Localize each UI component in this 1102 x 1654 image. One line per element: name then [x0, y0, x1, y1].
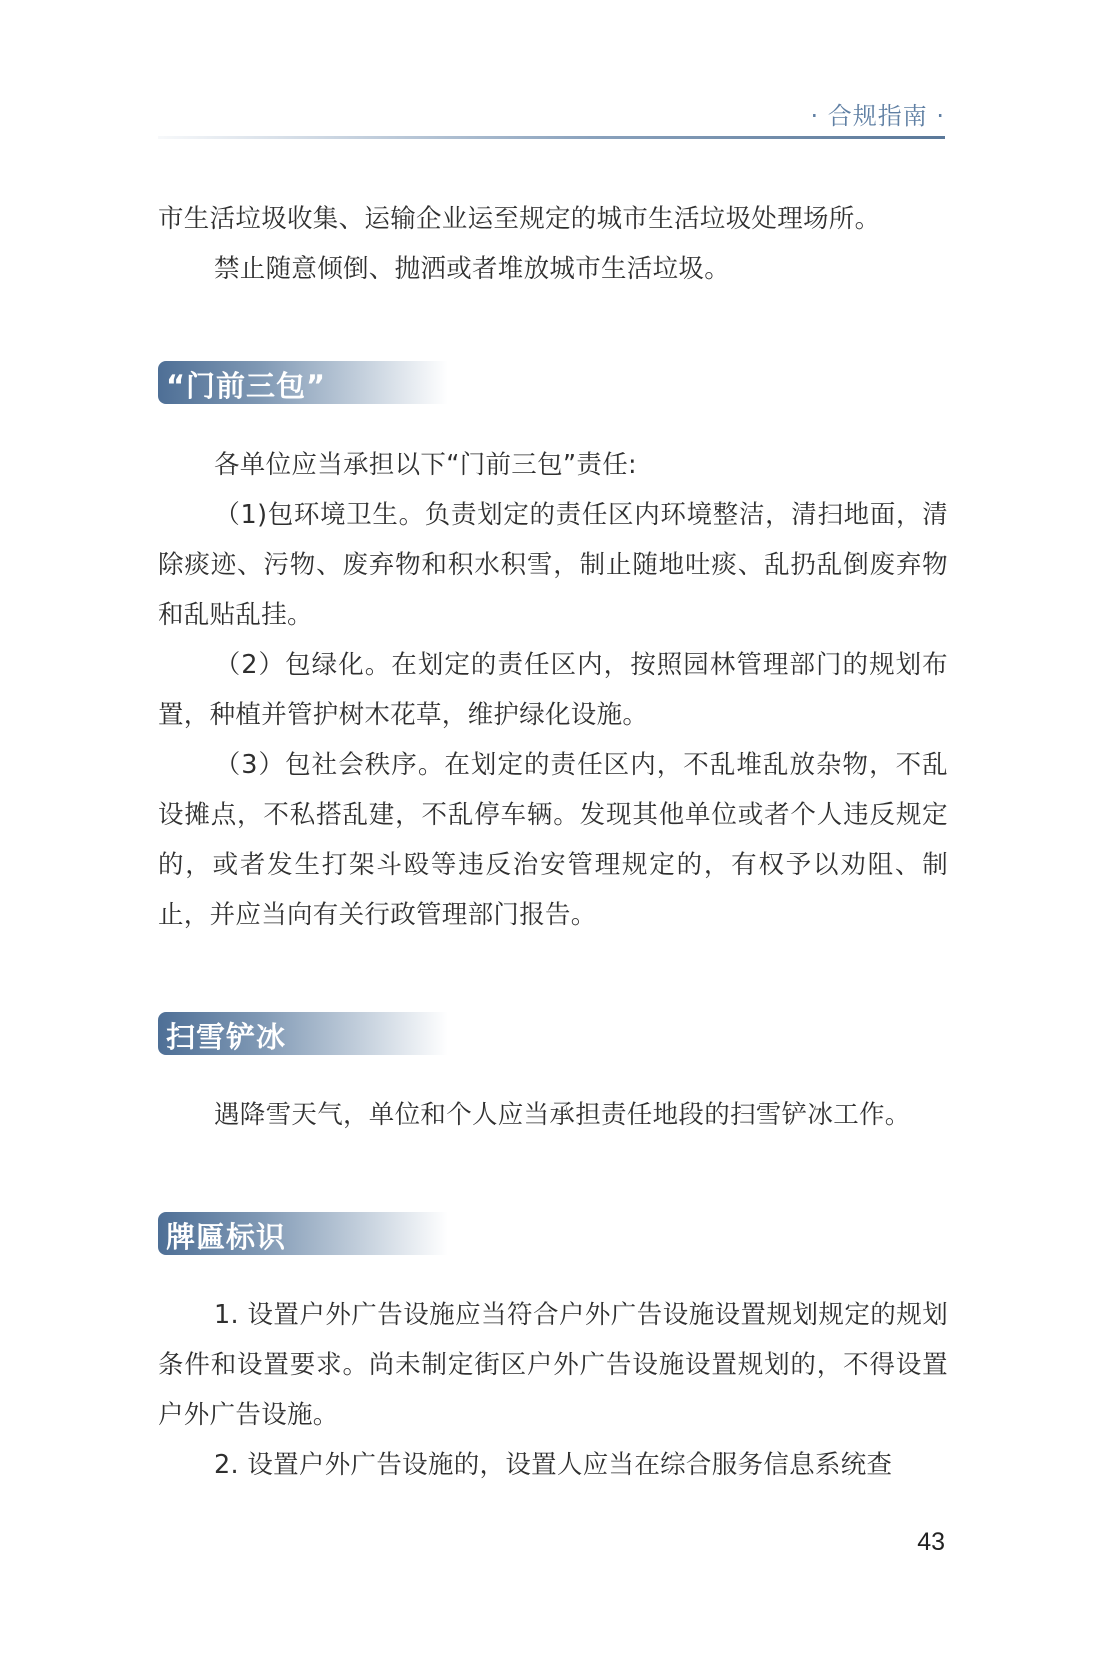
section1-paragraph-1: 各单位应当承担以下“门前三包”责任:	[158, 440, 948, 490]
section-title: “门前三包”	[166, 364, 326, 405]
section2-paragraph-1: 遇降雪天气，单位和个人应当承担责任地段的扫雪铲冰工作。	[158, 1090, 948, 1140]
section1-paragraph-3: （2）包绿化。在划定的责任区内，按照园林管理部门的规划布置，种植并管护树木花草，…	[158, 640, 948, 740]
section3-paragraph-1: 1. 设置户外广告设施应当符合户外广告设施设置规划规定的规划条件和设置要求。尚未…	[158, 1290, 948, 1440]
paragraph-text: 1. 设置户外广告设施应当符合户外广告设施设置规划规定的规划条件和设置要求。尚未…	[158, 1300, 948, 1430]
section-heading-snow-ice: 扫雪铲冰	[158, 1012, 448, 1055]
paragraph-text: （1)包环境卫生。负责划定的责任区内环境整洁，清扫地面，清除痰迹、污物、废弃物和…	[158, 500, 948, 630]
section1-paragraph-4: （3）包社会秩序。在划定的责任区内，不乱堆乱放杂物，不乱设摊点，不私搭乱建，不乱…	[158, 740, 948, 940]
paragraph-text: 各单位应当承担以下“门前三包”责任:	[214, 450, 637, 480]
intro-paragraph-2: 禁止随意倾倒、抛洒或者堆放城市生活垃圾。	[158, 244, 948, 294]
section-heading-signboards: 牌匾标识	[158, 1212, 448, 1255]
header-section-label: · 合规指南 ·	[810, 96, 945, 131]
paragraph-text: 遇降雪天气，单位和个人应当承担责任地段的扫雪铲冰工作。	[214, 1100, 911, 1130]
section1-paragraph-2: （1)包环境卫生。负责划定的责任区内环境整洁，清扫地面，清除痰迹、污物、废弃物和…	[158, 490, 948, 640]
intro-paragraph-1: 市生活垃圾收集、运输企业运至规定的城市生活垃圾处理场所。	[158, 194, 948, 244]
section-heading-menqian-sanbao: “门前三包”	[158, 361, 448, 404]
header-rule	[158, 136, 945, 139]
paragraph-text: （2）包绿化。在划定的责任区内，按照园林管理部门的规划布置，种植并管护树木花草，…	[158, 650, 948, 730]
section-title: 牌匾标识	[166, 1215, 286, 1256]
page-number: 43	[917, 1528, 945, 1557]
section3-paragraph-2: 2. 设置户外广告设施的，设置人应当在综合服务信息系统查	[158, 1440, 948, 1490]
section-title: 扫雪铲冰	[166, 1015, 286, 1056]
intro-line-1: 市生活垃圾收集、运输企业运至规定的城市生活垃圾处理场所。	[158, 204, 880, 234]
intro-line-2: 禁止随意倾倒、抛洒或者堆放城市生活垃圾。	[214, 254, 730, 284]
paragraph-text: （3）包社会秩序。在划定的责任区内，不乱堆乱放杂物，不乱设摊点，不私搭乱建，不乱…	[158, 750, 948, 930]
paragraph-text: 2. 设置户外广告设施的，设置人应当在综合服务信息系统查	[214, 1450, 892, 1480]
